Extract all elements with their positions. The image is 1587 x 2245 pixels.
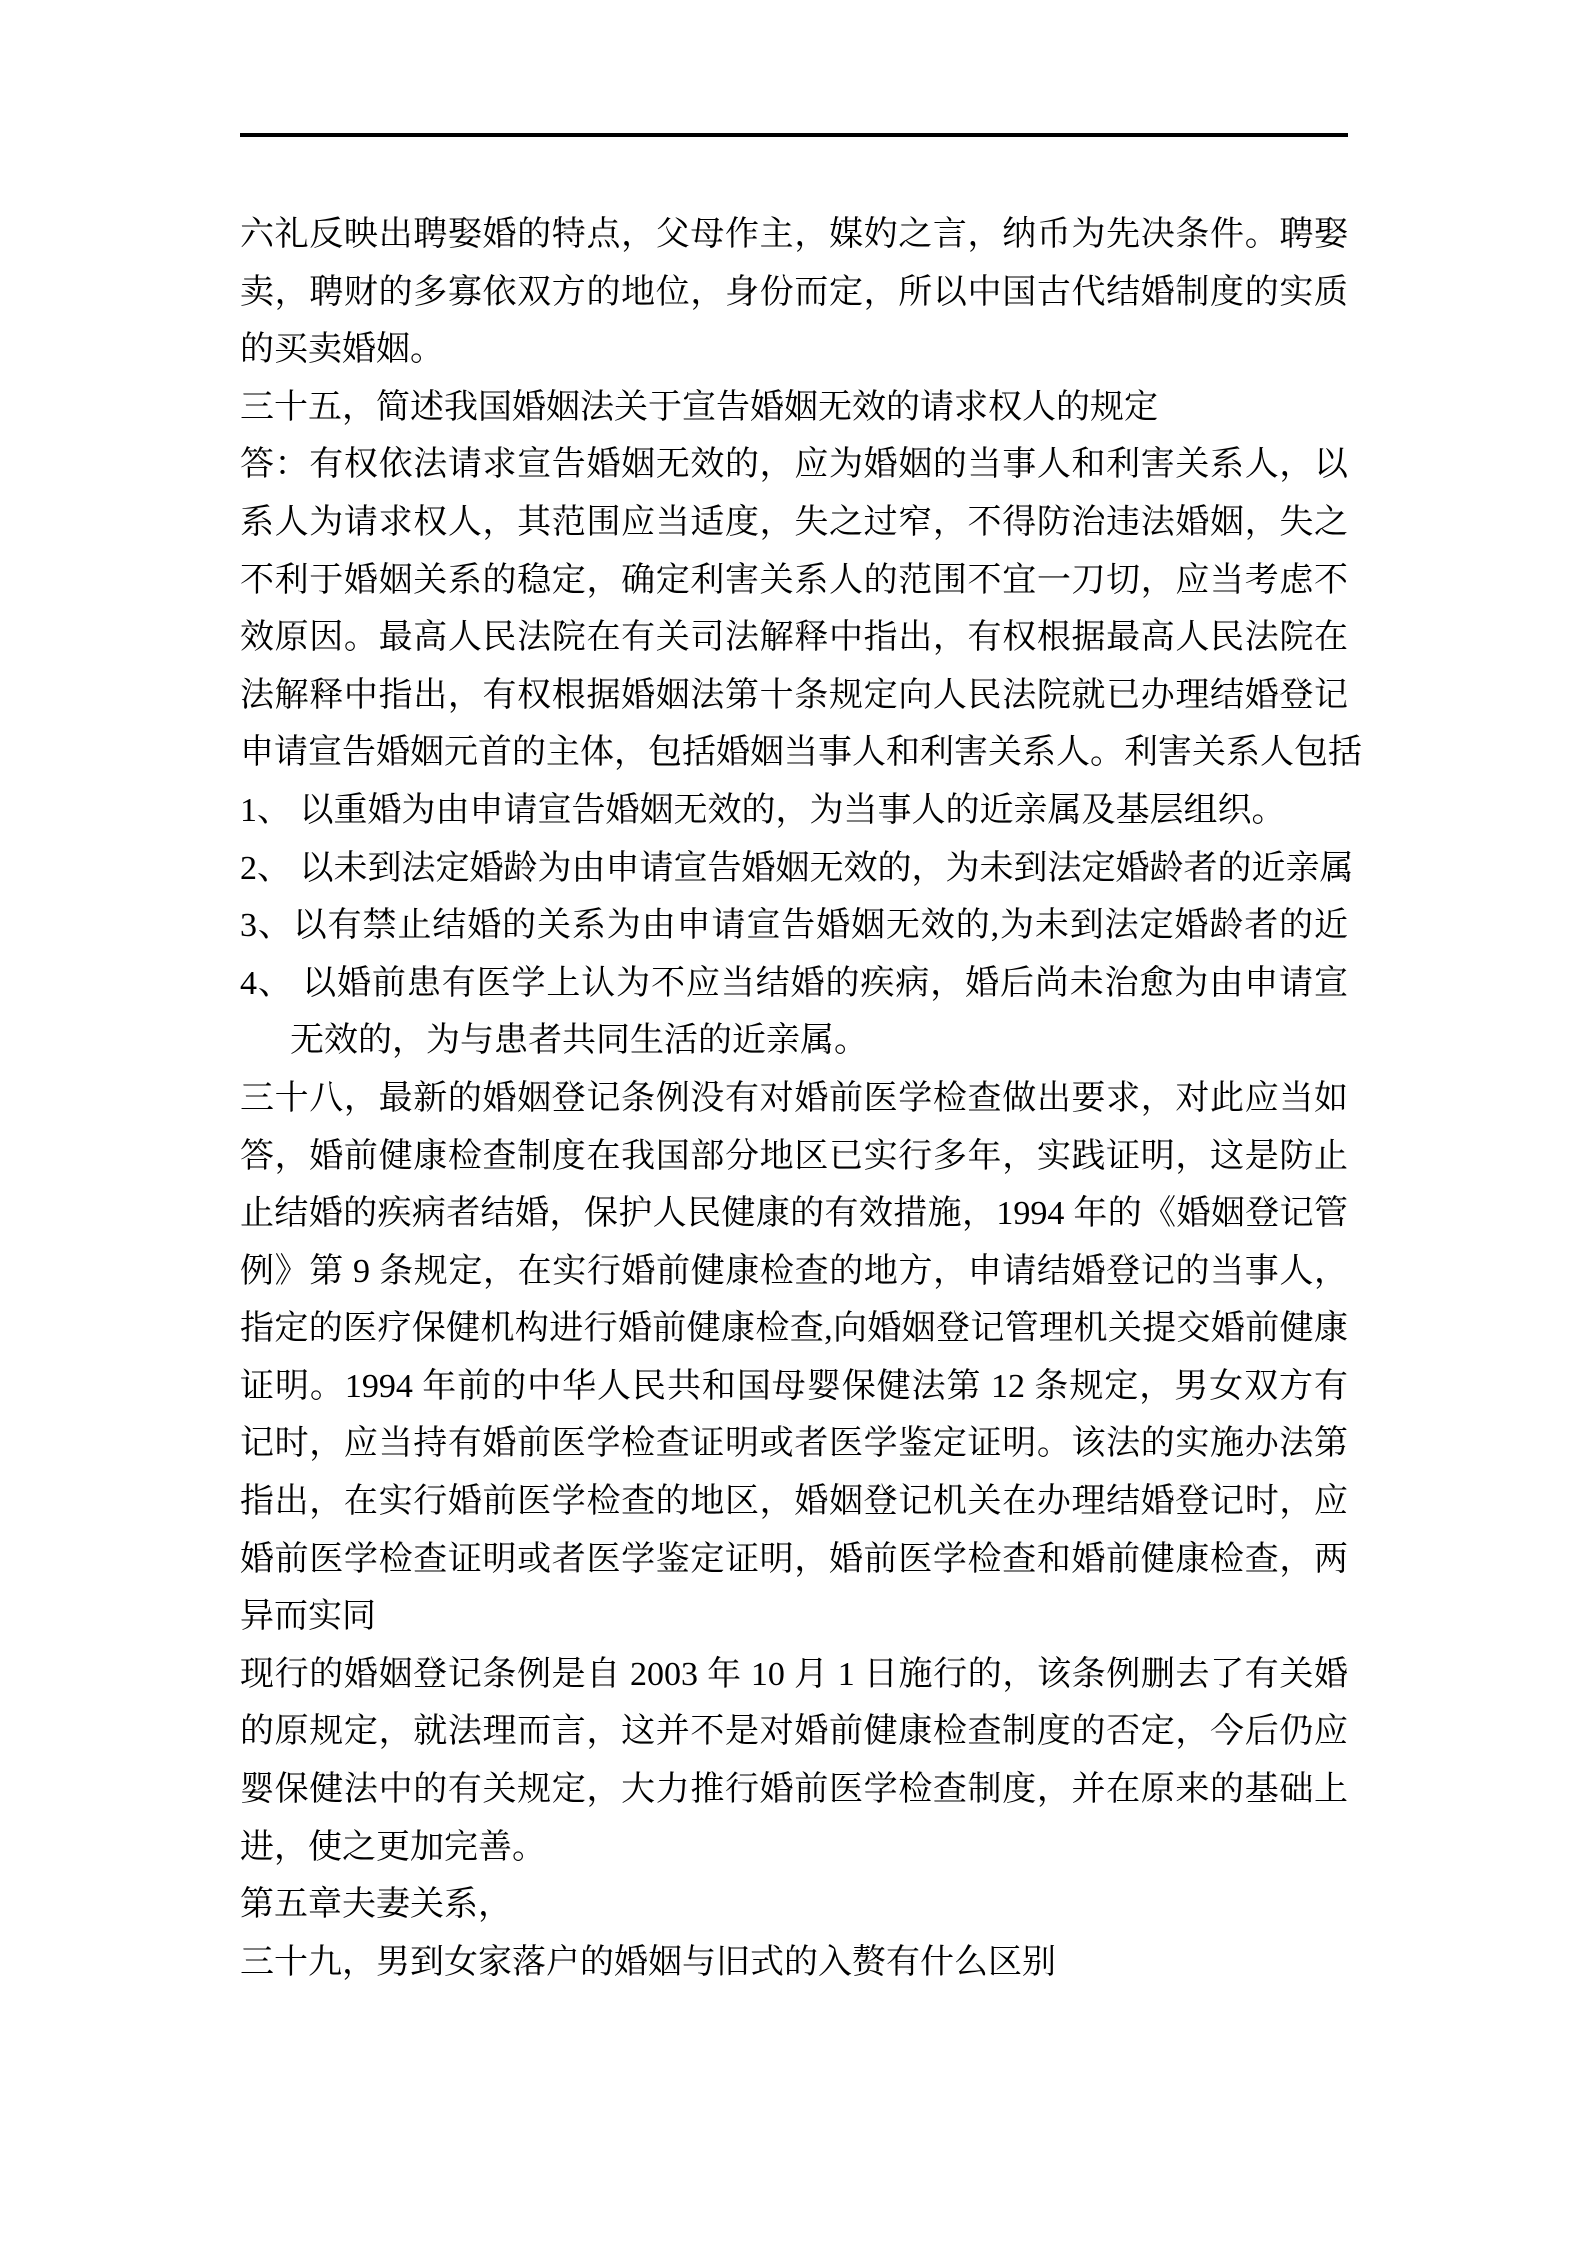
text-line: 指出，在实行婚前医学检查的地区，婚姻登记机关在办理结婚登记时，应当查验: [240, 1473, 1348, 1531]
text-line: 的买卖婚姻。: [240, 321, 1348, 379]
text-line: 三十九，男到女家落户的婚姻与旧式的入赘有什么区别: [240, 1934, 1348, 1992]
text-line: 异而实同: [240, 1588, 1348, 1646]
text-line: 止结婚的疾病者结婚，保护人民健康的有效措施，1994 年的《婚姻登记管理条: [240, 1185, 1348, 1243]
text-line: 三十五，简述我国婚姻法关于宣告婚姻无效的请求权人的规定: [240, 379, 1348, 437]
text-line: 六礼反映出聘娶婚的特点，父母作主，媒妁之言，纳币为先决条件。聘娶实为买: [240, 206, 1348, 264]
text-line: 答，婚前健康检查制度在我国部分地区已实行多年，实践证明，这是防止患有禁: [240, 1128, 1348, 1186]
text-line: 4、 以婚前患有医学上认为不应当结婚的疾病，婚后尚未治愈为由申请宣告婚姻: [240, 955, 1348, 1013]
document-lines: 六礼反映出聘娶婚的特点，父母作主，媒妁之言，纳币为先决条件。聘娶实为买卖，聘财的…: [240, 206, 1348, 1991]
text-line: 无效的，为与患者共同生活的近亲属。: [240, 1012, 1348, 1070]
text-line: 的原规定，就法理而言，这并不是对婚前健康检查制度的否定，今后仍应按照母: [240, 1703, 1348, 1761]
document-page: 六礼反映出聘娶婚的特点，父母作主，媒妁之言，纳币为先决条件。聘娶实为买卖，聘财的…: [0, 0, 1587, 2245]
text-line: 3、以有禁止结婚的关系为由申请宣告婚姻无效的,为未到法定婚龄者的近亲属；: [240, 897, 1348, 955]
header-rule: [240, 133, 1348, 137]
text-line: 记时，应当持有婚前医学检查证明或者医学鉴定证明。该法的实施办法第 16 条: [240, 1415, 1348, 1473]
text-line: 效原因。最高人民法院在有关司法解释中指出，有权根据最高人民法院在有关司: [240, 609, 1348, 667]
text-line: 现行的婚姻登记条例是自 2003 年 10 月 1 日施行的，该条例删去了有关婚…: [240, 1646, 1348, 1704]
text-line: 婴保健法中的有关规定，大力推行婚前医学检查制度，并在原来的基础上加以改: [240, 1761, 1348, 1819]
text-line: 不利于婚姻关系的稳定，确定利害关系人的范围不宜一刀切，应当考虑不同的无: [240, 552, 1348, 610]
text-line: 婚前医学检查证明或者医学鉴定证明，婚前医学检查和婚前健康检查，两者是名: [240, 1531, 1348, 1589]
text-line: 1、 以重婚为由申请宣告婚姻无效的，为当事人的近亲属及基层组织。: [240, 782, 1348, 840]
text-line: 申请宣告婚姻元首的主体，包括婚姻当事人和利害关系人。利害关系人包括: [240, 724, 1348, 782]
text-line: 进，使之更加完善。: [240, 1819, 1348, 1877]
text-line: 例》第 9 条规定，在实行婚前健康检查的地方，申请结婚登记的当事人，必须到: [240, 1243, 1348, 1301]
text-line: 2、 以未到法定婚龄为由申请宣告婚姻无效的，为未到法定婚龄者的近亲属: [240, 840, 1348, 898]
text-line: 证明。1994 年前的中华人民共和国母婴保健法第 12 条规定，男女双方有结婚登: [240, 1358, 1348, 1416]
text-line: 系人为请求权人，其范围应当适度，失之过窄，不得防治违法婚姻，失之过宽，: [240, 494, 1348, 552]
text-line: 指定的医疗保健机构进行婚前健康检查,向婚姻登记管理机关提交婚前健康检查: [240, 1300, 1348, 1358]
text-line: 卖，聘财的多寡依双方的地位，身份而定，所以中国古代结婚制度的实质是变相: [240, 264, 1348, 322]
text-line: 三十八，最新的婚姻登记条例没有对婚前医学检查做出要求，对此应当如何理解: [240, 1070, 1348, 1128]
text-line: 法解释中指出，有权根据婚姻法第十条规定向人民法院就已办理结婚登记的婚姻: [240, 667, 1348, 725]
text-line: 答：有权依法请求宣告婚姻无效的，应为婚姻的当事人和利害关系人，以利害关: [240, 436, 1348, 494]
text-line: 第五章夫妻关系，: [240, 1876, 1348, 1934]
